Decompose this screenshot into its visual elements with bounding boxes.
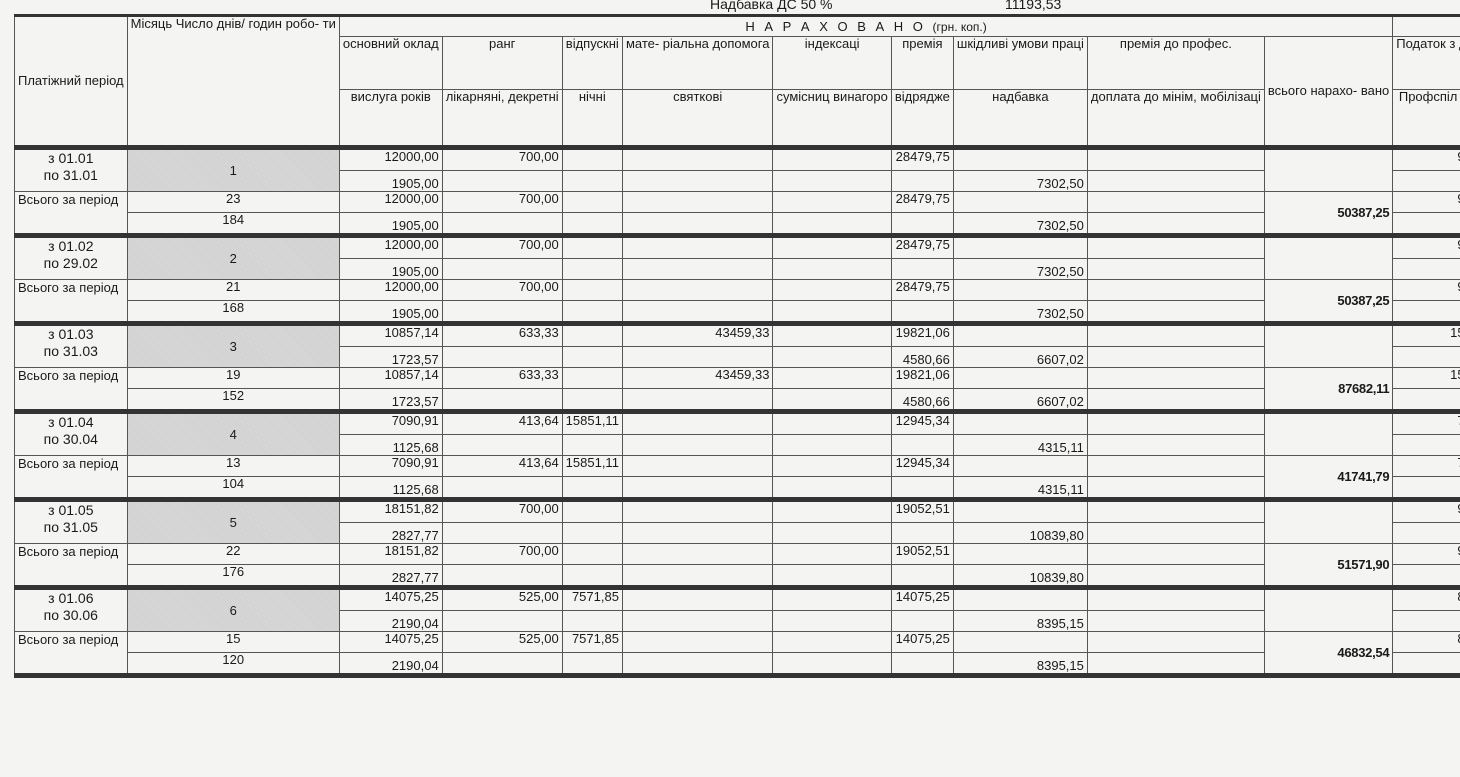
cell-bottom-1: [442, 611, 562, 632]
cell-bottom-7: [1087, 477, 1264, 500]
cell-bottom-4: [773, 213, 891, 236]
period-total-label: Всього за період: [15, 456, 128, 500]
cell-bottom-5: [891, 523, 953, 544]
cell-top-7: [1087, 588, 1264, 611]
cell-bottom-6: 7302,50: [953, 301, 1087, 324]
cell-bottom-0: 1125,68: [339, 435, 442, 456]
cell-top-7: [1087, 500, 1264, 523]
cell-top-3: [622, 632, 773, 653]
cell-top-1: 525,00: [442, 588, 562, 611]
cell-top-0: 7090,91: [339, 456, 442, 477]
month-total-accrued-empty: [1264, 588, 1392, 632]
cell-top-6: [953, 324, 1087, 347]
cell-bottom-2: [562, 259, 622, 280]
cell-top-2: [562, 368, 622, 389]
cell-bottom-7: [1087, 565, 1264, 588]
cell-wtop-0: 15782,78: [1393, 368, 1460, 389]
header-accrued-top-1: ранг: [442, 37, 562, 90]
cell-top-1: 525,00: [442, 632, 562, 653]
header-accrued-top-4: індексаці: [773, 37, 891, 90]
period-range: з 01.04по 30.04: [15, 412, 128, 456]
cell-bottom-2: [562, 435, 622, 456]
cell-top-2: [562, 500, 622, 523]
month-number: 5: [127, 500, 339, 544]
cell-bottom-7: [1087, 611, 1264, 632]
hours-count: 104: [127, 477, 339, 500]
cell-wtop-0: 9069,71: [1393, 280, 1460, 301]
cell-bottom-6: 7302,50: [953, 213, 1087, 236]
cell-bottom-6: 4315,11: [953, 477, 1087, 500]
cell-top-6: [953, 192, 1087, 213]
cell-bottom-4: [773, 389, 891, 412]
cell-top-1: 700,00: [442, 544, 562, 565]
header-accrued-top-3: мате- ріальна допомога: [622, 37, 773, 90]
cell-top-5: 28479,75: [891, 280, 953, 301]
cell-wtop-0: 7513,52: [1393, 456, 1460, 477]
cell-top-7: [1087, 324, 1264, 347]
days-count: 15: [127, 632, 339, 653]
header-accrued-bottom-2: нічні: [562, 90, 622, 148]
cell-top-6: [953, 412, 1087, 435]
cell-top-1: 700,00: [442, 500, 562, 523]
days-count: 23: [127, 192, 339, 213]
cell-bottom-7: [1087, 523, 1264, 544]
cell-bottom-1: [442, 565, 562, 588]
cell-wbottom-0: [1393, 171, 1460, 192]
cell-bottom-7: [1087, 301, 1264, 324]
hours-count: 120: [127, 653, 339, 676]
month-number: 3: [127, 324, 339, 368]
cell-bottom-3: [622, 611, 773, 632]
cell-top-6: [953, 456, 1087, 477]
cell-top-2: [562, 236, 622, 259]
cell-bottom-3: [622, 565, 773, 588]
total-accrued: 51571,90: [1264, 544, 1392, 588]
cell-top-2: [562, 324, 622, 347]
header-accrued-top-5: премія: [891, 37, 953, 90]
period-range: з 01.05по 31.05: [15, 500, 128, 544]
header-accrued-top-6: шкідливі умови праці: [953, 37, 1087, 90]
period-total-label: Всього за період: [15, 544, 128, 588]
cell-bottom-1: [442, 347, 562, 368]
cell-bottom-0: 1723,57: [339, 389, 442, 412]
cell-bottom-4: [773, 477, 891, 500]
cell-top-4: [773, 412, 891, 435]
days-count: 19: [127, 368, 339, 389]
cell-bottom-3: [622, 653, 773, 676]
month-number: 6: [127, 588, 339, 632]
cell-top-4: [773, 544, 891, 565]
cell-bottom-4: [773, 347, 891, 368]
table-row-total: 152 1723,574580,666607,02 1315,23: [15, 389, 1460, 412]
month-total-accrued-empty: [1264, 500, 1392, 544]
cell-bottom-2: [562, 611, 622, 632]
table-row-month: з 01.06по 30.06 6 14075,25525,007571,851…: [15, 588, 1460, 611]
cell-top-1: 700,00: [442, 280, 562, 301]
header-accrued-bottom-7: доплата до мінім, мобілізаці: [1087, 90, 1264, 148]
period-range: з 01.02по 29.02: [15, 236, 128, 280]
cell-top-4: [773, 500, 891, 523]
table-row-month: з 01.05по 31.05 5 18151,82700,0019052,51…: [15, 500, 1460, 523]
cell-top-1: 413,64: [442, 456, 562, 477]
cell-bottom-2: [562, 565, 622, 588]
cell-top-7: [1087, 456, 1264, 477]
cell-bottom-0: 2827,77: [339, 523, 442, 544]
cell-top-3: 43459,33: [622, 368, 773, 389]
cell-top-7: [1087, 192, 1264, 213]
cell-bottom-0: 1905,00: [339, 259, 442, 280]
cell-top-1: 700,00: [442, 192, 562, 213]
cell-bottom-5: [891, 611, 953, 632]
header-accrued-group: Н А Р А Х О В А Н О (грн. коп.): [339, 16, 1392, 37]
month-number: 2: [127, 236, 339, 280]
cell-bottom-1: [442, 301, 562, 324]
cell-top-6: [953, 588, 1087, 611]
cell-bottom-0: 1905,00: [339, 301, 442, 324]
cell-top-7: [1087, 368, 1264, 389]
month-total-accrued-empty: [1264, 148, 1392, 192]
cell-top-0: 7090,91: [339, 412, 442, 435]
cell-top-6: [953, 500, 1087, 523]
cell-top-3: [622, 544, 773, 565]
cell-top-6: [953, 280, 1087, 301]
header-accrued-bottom-6: надбавка: [953, 90, 1087, 148]
cell-wtop-0: 9069,71: [1393, 148, 1460, 171]
period-range: з 01.01по 31.01: [15, 148, 128, 192]
cell-top-5: 12945,34: [891, 456, 953, 477]
month-total-accrued-empty: [1264, 324, 1392, 368]
table-row-total: 184 1905,007302,50 755,81: [15, 213, 1460, 236]
cell-top-0: 10857,14: [339, 368, 442, 389]
cell-top-5: 12945,34: [891, 412, 953, 435]
cell-top-3: [622, 236, 773, 259]
cell-bottom-6: 7302,50: [953, 171, 1087, 192]
cell-top-6: [953, 632, 1087, 653]
cell-top-5: 19821,06: [891, 368, 953, 389]
cell-bottom-0: 1723,57: [339, 347, 442, 368]
header-withheld-group: У Т Р И М А Н О (грн. коп.): [1393, 16, 1460, 37]
cell-top-0: 12000,00: [339, 148, 442, 171]
cell-top-6: [953, 368, 1087, 389]
period-total-label: Всього за період: [15, 280, 128, 324]
cell-bottom-5: [891, 565, 953, 588]
cell-top-3: [622, 280, 773, 301]
days-count: 21: [127, 280, 339, 301]
cell-bottom-6: 6607,02: [953, 389, 1087, 412]
cell-top-1: 700,00: [442, 236, 562, 259]
header-accrued-top-0: основний оклад: [339, 37, 442, 90]
header-accrued-bottom-4: сумісниц винагоро: [773, 90, 891, 148]
cell-bottom-0: 2190,04: [339, 611, 442, 632]
header-accrued-bottom-1: лікарняні, декретні: [442, 90, 562, 148]
cell-bottom-7: [1087, 171, 1264, 192]
cell-wbottom-0: [1393, 347, 1460, 368]
cell-top-7: [1087, 236, 1264, 259]
header-withheld-top-0: Податок з доходів: [1393, 37, 1460, 90]
cell-top-0: 14075,25: [339, 632, 442, 653]
cell-bottom-5: [891, 653, 953, 676]
cell-bottom-5: [891, 477, 953, 500]
cell-bottom-0: 1905,00: [339, 213, 442, 236]
cell-bottom-3: [622, 259, 773, 280]
table-row-total: Всього за період 13 7090,91413,6415851,1…: [15, 456, 1460, 477]
total-accrued: 46832,54: [1264, 632, 1392, 676]
header-withheld-bottom-0: Профспіл внески: [1393, 90, 1460, 148]
cell-top-7: [1087, 280, 1264, 301]
table-row-month: з 01.01по 31.01 1 12000,00700,0028479,75…: [15, 148, 1460, 171]
header-accrued-bottom-0: вислуга років: [339, 90, 442, 148]
cell-top-6: [953, 544, 1087, 565]
cell-top-1: 633,33: [442, 368, 562, 389]
cell-bottom-2: [562, 171, 622, 192]
cell-top-0: 14075,25: [339, 588, 442, 611]
cell-top-0: 18151,82: [339, 544, 442, 565]
month-total-accrued-empty: [1264, 236, 1392, 280]
table-row-month: з 01.03по 31.03 3 10857,14633,3343459,33…: [15, 324, 1460, 347]
cell-bottom-4: [773, 259, 891, 280]
cell-top-2: 7571,85: [562, 588, 622, 611]
table-row-total: Всього за період 23 12000,00700,0028479,…: [15, 192, 1460, 213]
cell-bottom-3: [622, 171, 773, 192]
cell-top-1: 700,00: [442, 148, 562, 171]
cell-bottom-3: [622, 435, 773, 456]
cell-top-4: [773, 192, 891, 213]
cell-top-2: [562, 280, 622, 301]
cell-top-0: 12000,00: [339, 236, 442, 259]
cell-top-4: [773, 588, 891, 611]
table-row-month: з 01.04по 30.04 4 7090,91413,6415851,111…: [15, 412, 1460, 435]
cell-top-5: 28479,75: [891, 236, 953, 259]
table-row-total: 176 2827,7710839,80 773,58: [15, 565, 1460, 588]
cell-bottom-4: [773, 611, 891, 632]
cell-top-0: 12000,00: [339, 192, 442, 213]
cell-bottom-6: 6607,02: [953, 347, 1087, 368]
header-accrued-bottom-5: відрядже: [891, 90, 953, 148]
table-row-total: Всього за період 22 18151,82700,0019052,…: [15, 544, 1460, 565]
table-row-total: Всього за період 19 10857,14633,3343459,…: [15, 368, 1460, 389]
month-number: 1: [127, 148, 339, 192]
cell-top-2: 15851,11: [562, 412, 622, 435]
total-accrued: 41741,79: [1264, 456, 1392, 500]
cell-bottom-4: [773, 301, 891, 324]
cell-top-1: 413,64: [442, 412, 562, 435]
cell-top-4: [773, 456, 891, 477]
total-accrued: 50387,25: [1264, 192, 1392, 236]
cell-bottom-1: [442, 477, 562, 500]
cell-bottom-0: 1905,00: [339, 171, 442, 192]
cell-wtop-0: 8429,86: [1393, 632, 1460, 653]
hours-count: 168: [127, 301, 339, 324]
total-accrued: 87682,11: [1264, 368, 1392, 412]
top-note-label: Надбавка ДС 50 %: [710, 0, 833, 12]
cell-wtop-0: 15782,78: [1393, 324, 1460, 347]
cell-bottom-4: [773, 435, 891, 456]
cell-bottom-3: [622, 213, 773, 236]
cell-bottom-6: 7302,50: [953, 259, 1087, 280]
table-row-total: 120 2190,048395,15 702,49: [15, 653, 1460, 676]
cell-top-2: [562, 148, 622, 171]
cell-bottom-3: [622, 389, 773, 412]
cell-bottom-6: 10839,80: [953, 565, 1087, 588]
cell-top-3: [622, 412, 773, 435]
cell-wtop-0: 9069,71: [1393, 192, 1460, 213]
table-row-month: з 01.02по 29.02 2 12000,00700,0028479,75…: [15, 236, 1460, 259]
cell-wbottom-0: [1393, 259, 1460, 280]
cell-bottom-0: 2827,77: [339, 565, 442, 588]
cell-bottom-0: 1125,68: [339, 477, 442, 500]
cell-wbottom-0: [1393, 477, 1460, 500]
cell-top-7: [1087, 148, 1264, 171]
cell-top-6: [953, 148, 1087, 171]
cell-top-4: [773, 324, 891, 347]
cell-top-5: 19052,51: [891, 500, 953, 523]
cell-top-2: [562, 192, 622, 213]
cell-wbottom-0: [1393, 301, 1460, 324]
cell-bottom-5: [891, 213, 953, 236]
cell-bottom-7: [1087, 389, 1264, 412]
cell-wtop-0: 8429,86: [1393, 588, 1460, 611]
cell-top-5: 14075,25: [891, 632, 953, 653]
cell-bottom-2: [562, 389, 622, 412]
hours-count: 176: [127, 565, 339, 588]
cell-wbottom-0: [1393, 389, 1460, 412]
cell-top-4: [773, 368, 891, 389]
cell-top-5: 14075,25: [891, 588, 953, 611]
days-count: 13: [127, 456, 339, 477]
header-month-days: Місяць Число днів/ годин робо- ти: [127, 16, 339, 148]
cell-bottom-4: [773, 171, 891, 192]
cell-bottom-2: [562, 523, 622, 544]
cell-top-0: 12000,00: [339, 280, 442, 301]
hours-count: 152: [127, 389, 339, 412]
cell-top-0: 18151,82: [339, 500, 442, 523]
cell-bottom-1: [442, 213, 562, 236]
cell-top-4: [773, 148, 891, 171]
cell-top-5: 28479,75: [891, 192, 953, 213]
cell-bottom-5: [891, 171, 953, 192]
cell-wbottom-0: [1393, 653, 1460, 676]
cell-bottom-3: [622, 523, 773, 544]
cell-bottom-5: 4580,66: [891, 347, 953, 368]
table-row-total: Всього за період 21 12000,00700,0028479,…: [15, 280, 1460, 301]
cell-top-3: [622, 500, 773, 523]
cell-top-7: [1087, 412, 1264, 435]
cell-bottom-4: [773, 565, 891, 588]
period-total-label: Всього за період: [15, 632, 128, 676]
cell-bottom-6: 8395,15: [953, 611, 1087, 632]
table-row-total: 168 1905,007302,50 755,81: [15, 301, 1460, 324]
cell-bottom-5: [891, 301, 953, 324]
cell-bottom-4: [773, 653, 891, 676]
cell-bottom-2: [562, 653, 622, 676]
cell-bottom-1: [442, 523, 562, 544]
cell-top-3: [622, 148, 773, 171]
cell-top-4: [773, 632, 891, 653]
cell-top-2: 7571,85: [562, 632, 622, 653]
total-accrued: 50387,25: [1264, 280, 1392, 324]
cell-bottom-5: [891, 259, 953, 280]
cell-top-4: [773, 280, 891, 301]
cell-bottom-7: [1087, 653, 1264, 676]
top-note-value: 11193,53: [1005, 0, 1061, 12]
period-total-label: Всього за період: [15, 192, 128, 236]
cell-top-3: 43459,33: [622, 324, 773, 347]
cell-bottom-3: [622, 347, 773, 368]
cell-wbottom-0: [1393, 435, 1460, 456]
period-range: з 01.06по 30.06: [15, 588, 128, 632]
cell-top-5: 19821,06: [891, 324, 953, 347]
hours-count: 184: [127, 213, 339, 236]
cell-bottom-1: [442, 653, 562, 676]
cell-bottom-1: [442, 171, 562, 192]
days-count: 22: [127, 544, 339, 565]
cell-wtop-0: 7513,52: [1393, 412, 1460, 435]
header-accrued-top-7: премія до профес.: [1087, 37, 1264, 90]
cell-bottom-1: [442, 389, 562, 412]
cell-bottom-2: [562, 301, 622, 324]
cell-wtop-0: 9282,94: [1393, 500, 1460, 523]
cell-bottom-1: [442, 435, 562, 456]
cell-bottom-7: [1087, 347, 1264, 368]
cell-bottom-6: 4315,11: [953, 435, 1087, 456]
cell-wtop-0: 9282,94: [1393, 544, 1460, 565]
month-total-accrued-empty: [1264, 412, 1392, 456]
cell-bottom-7: [1087, 435, 1264, 456]
period-range: з 01.03по 31.03: [15, 324, 128, 368]
cell-wbottom-0: [1393, 565, 1460, 588]
cell-top-2: [562, 544, 622, 565]
cell-bottom-0: 2190,04: [339, 653, 442, 676]
cell-wtop-0: 9069,71: [1393, 236, 1460, 259]
period-total-label: Всього за період: [15, 368, 128, 412]
cell-bottom-2: [562, 347, 622, 368]
month-number: 4: [127, 412, 339, 456]
table-row-total: Всього за період 15 14075,25525,007571,8…: [15, 632, 1460, 653]
cell-top-6: [953, 236, 1087, 259]
cell-top-5: 28479,75: [891, 148, 953, 171]
cell-bottom-6: 10839,80: [953, 523, 1087, 544]
cell-bottom-5: [891, 435, 953, 456]
cell-wbottom-0: [1393, 611, 1460, 632]
cell-top-1: 633,33: [442, 324, 562, 347]
cell-top-3: [622, 588, 773, 611]
cell-top-0: 10857,14: [339, 324, 442, 347]
cell-top-3: [622, 456, 773, 477]
cell-bottom-4: [773, 523, 891, 544]
cell-top-5: 19052,51: [891, 544, 953, 565]
header-accrued-top-2: відпускні: [562, 37, 622, 90]
cell-top-4: [773, 236, 891, 259]
header-period: Платіжний період: [15, 16, 128, 148]
cell-bottom-6: 8395,15: [953, 653, 1087, 676]
cell-bottom-3: [622, 477, 773, 500]
cell-bottom-5: 4580,66: [891, 389, 953, 412]
table-row-total: 104 1125,684315,11 626,13: [15, 477, 1460, 500]
cell-bottom-2: [562, 213, 622, 236]
cell-bottom-7: [1087, 213, 1264, 236]
cell-wbottom-0: [1393, 213, 1460, 236]
header-accrued-bottom-3: святкові: [622, 90, 773, 148]
payroll-table: Платіжний період Місяць Число днів/ годи…: [14, 14, 1460, 678]
header-total-accrued: всього нарахо- вано: [1264, 37, 1392, 148]
cell-bottom-3: [622, 301, 773, 324]
cell-bottom-2: [562, 477, 622, 500]
cell-top-3: [622, 192, 773, 213]
cell-top-7: [1087, 632, 1264, 653]
cell-bottom-1: [442, 259, 562, 280]
cell-bottom-7: [1087, 259, 1264, 280]
cell-top-7: [1087, 544, 1264, 565]
